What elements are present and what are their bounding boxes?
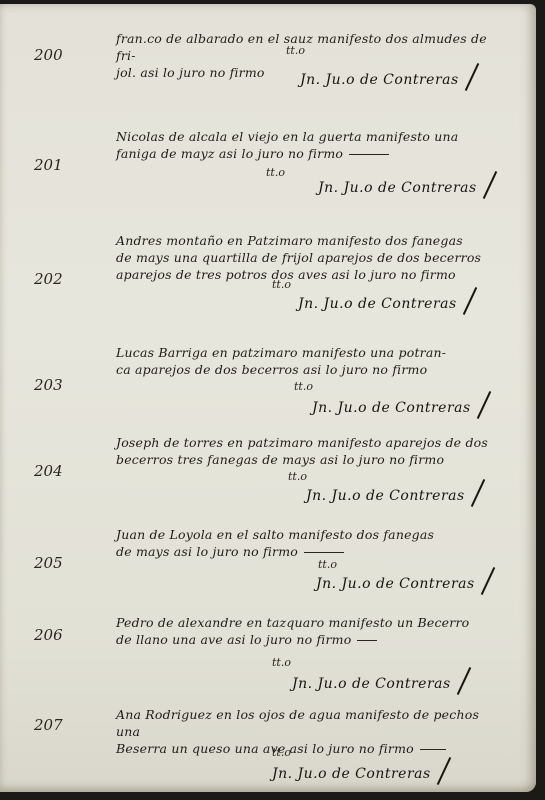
entry-number: 201 [34, 156, 63, 174]
witness-mark: tt.o [294, 380, 313, 393]
entry-number: 202 [34, 270, 63, 288]
witness-mark: tt.o [272, 746, 291, 759]
entry-number: 205 [34, 554, 63, 572]
entry-text: Pedro de alexandre en tazquaro manifesto… [116, 614, 506, 648]
witness-mark: tt.o [266, 166, 285, 179]
entry-number: 203 [34, 376, 63, 394]
line-filler [349, 154, 389, 155]
witness-mark: tt.o [286, 44, 305, 57]
witness-mark: tt.o [318, 558, 337, 571]
entry-text: Juan de Loyola en el salto manifesto dos… [116, 526, 506, 560]
entry-text: Andres montaño en Patzimaro manifesto do… [116, 232, 506, 283]
entry-number: 207 [34, 716, 63, 734]
entry-text: Nicolas de alcala el viejo en la guerta … [116, 128, 506, 162]
entry-number: 206 [34, 626, 63, 644]
signature: Jn. Ju.o de Contreras [316, 576, 475, 592]
line-filler [420, 749, 446, 750]
witness-mark: tt.o [288, 470, 307, 483]
signature: Jn. Ju.o de Contreras [312, 400, 471, 416]
signature: Jn. Ju.o de Contreras [318, 180, 477, 196]
line-filler [357, 640, 377, 641]
witness-mark: tt.o [272, 278, 291, 291]
witness-mark: tt.o [272, 656, 291, 669]
signature: Jn. Ju.o de Contreras [306, 488, 465, 504]
entry-number: 204 [34, 462, 63, 480]
manuscript-page: 200 fran.co de albarado en el sauz manif… [0, 4, 536, 792]
entry-text: Lucas Barriga en patzimaro manifesto una… [116, 344, 506, 378]
signature: Jn. Ju.o de Contreras [272, 766, 431, 782]
entry-text: Ana Rodriguez en los ojos de agua manife… [116, 706, 506, 757]
signature: Jn. Ju.o de Contreras [300, 72, 459, 88]
line-filler [304, 552, 344, 553]
signature: Jn. Ju.o de Contreras [298, 296, 457, 312]
signature: Jn. Ju.o de Contreras [292, 676, 451, 692]
entry-text: Joseph de torres en patzimaro manifesto … [116, 434, 506, 468]
entry-number: 200 [34, 46, 63, 64]
